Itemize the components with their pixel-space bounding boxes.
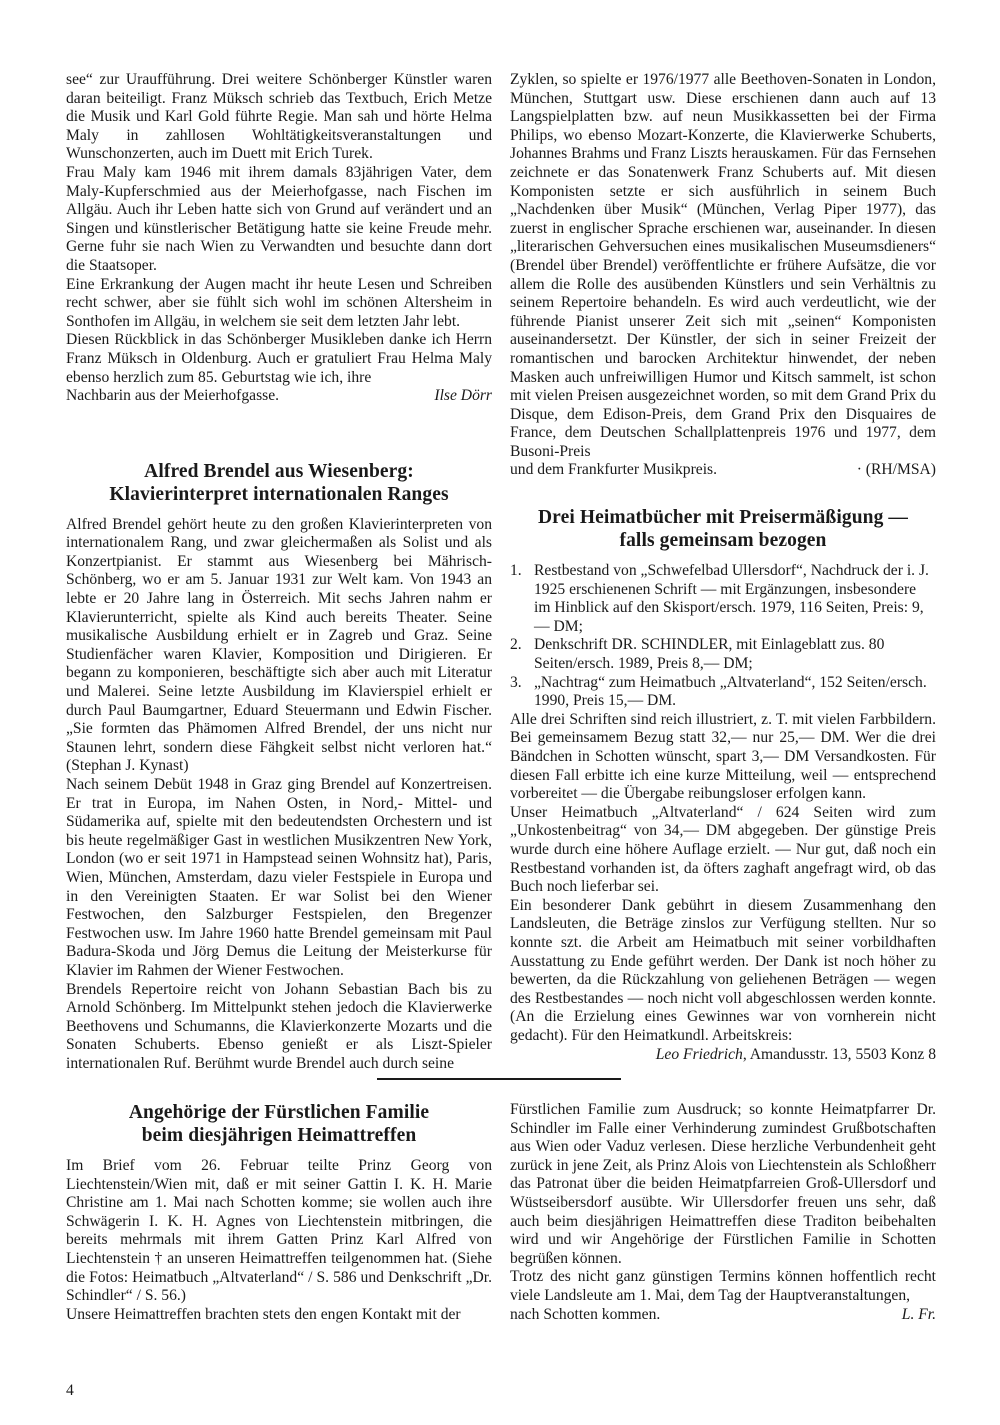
article-brendel: Alfred Brendel aus Wiesenberg: Klavierin… xyxy=(66,460,492,1074)
paragraph: Eine Erkrankung der Augen macht ihr heut… xyxy=(66,276,492,332)
title-line: falls gemeinsam bezogen xyxy=(619,530,826,551)
paragraph: Ein besonderer Dank gebührt in diesem Zu… xyxy=(510,897,936,1046)
author-signature: L. Fr. xyxy=(902,1306,936,1325)
paragraph-last-line: Nachbarin aus der Meierhofgasse. xyxy=(66,387,279,406)
paragraph: Unser Heimatbuch „Altvaterland“ / 624 Se… xyxy=(510,804,936,897)
title-line: Alfred Brendel aus Wiesenberg: xyxy=(144,461,414,482)
title-line: Drei Heimatbücher mit Preisermäßigung — xyxy=(538,507,908,528)
article-fuerstliche-familie: Angehörige der Fürstlichen Familie beim … xyxy=(66,1101,492,1324)
paragraph-last-line: und dem Frankfurter Musikpreis. xyxy=(510,461,717,480)
title-line: beim diesjährigen Heimattreffen xyxy=(142,1125,417,1146)
book-list: 1. Restbestand von „Schwefelbad Ullersdo… xyxy=(510,562,936,711)
right-column-top: Zyklen, so spielte er 1976/1977 alle Bee… xyxy=(510,71,936,1064)
article-title: Angehörige der Fürstlichen Familie beim … xyxy=(66,1101,492,1147)
paragraph: Unsere Heimattreffen brachten stets den … xyxy=(66,1306,492,1325)
author-signature: · (RH/MSA) xyxy=(857,461,936,480)
paragraph-end-line: nach Schotten kommen. L. Fr. xyxy=(510,1306,936,1325)
paragraph: Alle drei Schriften sind reich illustrie… xyxy=(510,711,936,804)
article-title: Drei Heimatbücher mit Preisermäßigung — … xyxy=(510,506,936,552)
list-number: 2. xyxy=(510,636,522,655)
right-column-bottom: Fürstlichen Familie zum Ausdruck; so kon… xyxy=(510,1101,936,1324)
title-line: Angehörige der Fürstlichen Familie xyxy=(129,1102,429,1123)
section-divider xyxy=(377,1078,621,1080)
author-signature: Ilse Dörr xyxy=(434,387,492,406)
article-title: Alfred Brendel aus Wiesenberg: Klavierin… xyxy=(66,460,492,506)
article-brendel-continued: Zyklen, so spielte er 1976/1977 alle Bee… xyxy=(510,71,936,480)
paragraph: Brendels Repertoire reicht von Johann Se… xyxy=(66,981,492,1074)
list-item: 2. Denkschrift DR. SCHINDLER, mit Einlag… xyxy=(510,636,936,673)
paragraph-end-line: Nachbarin aus der Meierhofgasse. Ilse Dö… xyxy=(66,387,492,406)
paragraph: Zyklen, so spielte er 1976/1977 alle Bee… xyxy=(510,71,936,461)
title-line: Klavierinterpret internationalen Ranges xyxy=(109,484,448,505)
list-text: Restbestand von „Schwefelbad Ullersdorf“… xyxy=(534,562,929,635)
article-maly: see“ zur Uraufführung. Drei weitere Schö… xyxy=(66,71,492,406)
page-number: 4 xyxy=(66,1382,74,1400)
paragraph: see“ zur Uraufführung. Drei weitere Schö… xyxy=(66,71,492,164)
paragraph: Nach seinem Debüt 1948 in Graz ging Bren… xyxy=(66,776,492,981)
paragraph: Im Brief vom 26. Februar teilte Prinz Ge… xyxy=(66,1157,492,1306)
list-text: Denkschrift DR. SCHINDLER, mit Einlagebl… xyxy=(534,636,884,672)
left-column-bottom: Angehörige der Fürstlichen Familie beim … xyxy=(66,1101,492,1324)
left-column-top: see“ zur Uraufführung. Drei weitere Schö… xyxy=(66,71,492,1074)
signature-name: Leo Friedrich xyxy=(656,1046,743,1063)
paragraph: Frau Maly kam 1946 mit ihrem damals 83jä… xyxy=(66,164,492,276)
paragraph: Fürstlichen Familie zum Ausdruck; so kon… xyxy=(510,1101,936,1268)
article-fuerstliche-familie-continued: Fürstlichen Familie zum Ausdruck; so kon… xyxy=(510,1101,936,1324)
paragraph: Trotz des nicht ganz günstigen Termins k… xyxy=(510,1268,936,1305)
article-heimatbuecher: Drei Heimatbücher mit Preisermäßigung — … xyxy=(510,506,936,1064)
signature-address: , Amandusstr. 13, 5503 Konz 8 xyxy=(743,1046,936,1063)
paragraph-last-line: nach Schotten kommen. xyxy=(510,1306,660,1325)
list-number: 1. xyxy=(510,562,522,581)
signature-line: Leo Friedrich, Amandusstr. 13, 5503 Konz… xyxy=(510,1046,936,1065)
paragraph: Alfred Brendel gehört heute zu den große… xyxy=(66,516,492,776)
list-item: 3. „Nachtrag“ zum Heimatbuch „Altvaterla… xyxy=(510,674,936,711)
paragraph: Diesen Rückblick in das Schönberger Musi… xyxy=(66,331,492,387)
list-number: 3. xyxy=(510,674,522,693)
list-item: 1. Restbestand von „Schwefelbad Ullersdo… xyxy=(510,562,936,636)
list-text: „Nachtrag“ zum Heimatbuch „Altvaterland“… xyxy=(534,674,927,710)
paragraph-end-line: und dem Frankfurter Musikpreis. · (RH/MS… xyxy=(510,461,936,480)
